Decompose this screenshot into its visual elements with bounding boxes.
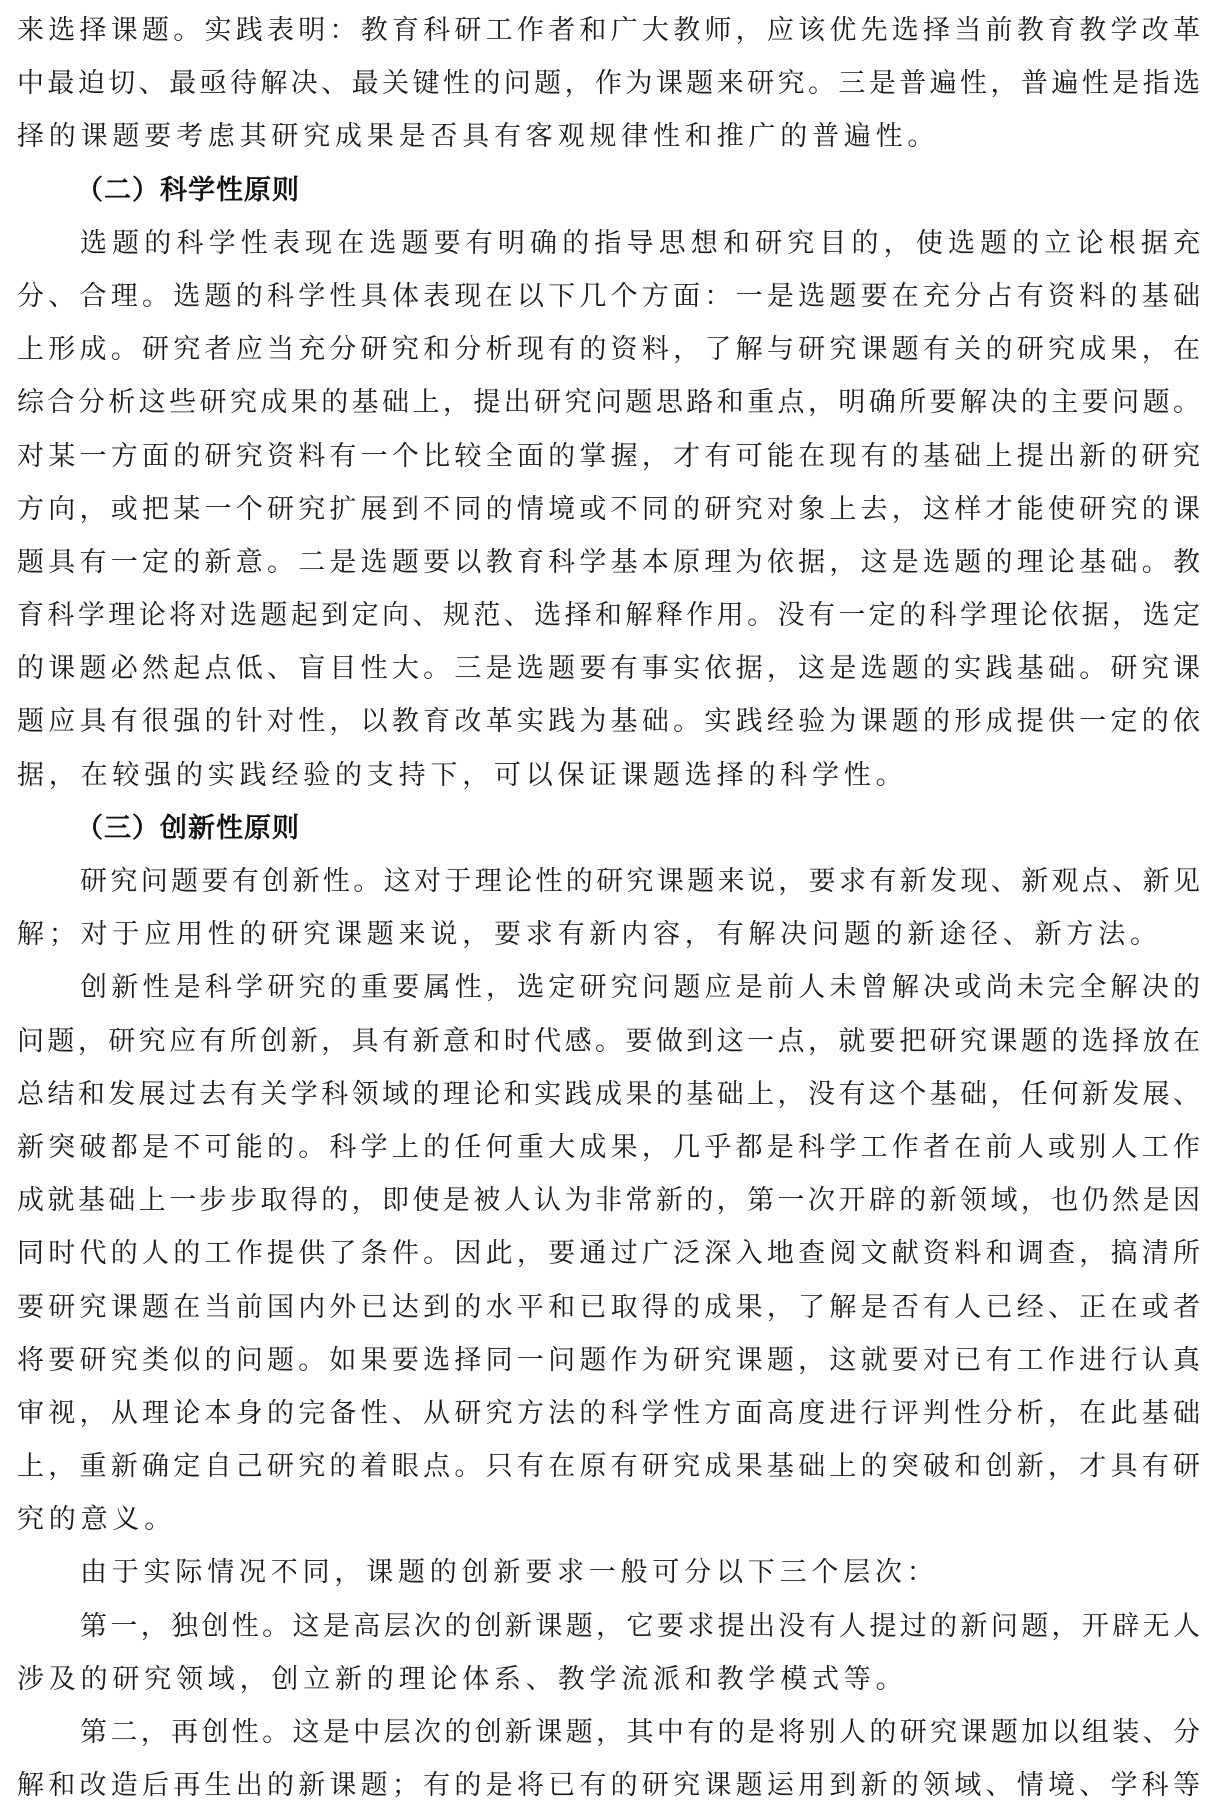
text-line: 上形成。研究者应当充分研究和分析现有的资料，了解与研究课题有关的研究成果，在 xyxy=(17,323,1200,376)
text-line: 题应具有很强的针对性，以教育改革实践为基础。实践经验为课题的形成提供一定的依 xyxy=(17,695,1200,748)
text-line: 由于实际情况不同，课题的创新要求一般可分以下三个层次： xyxy=(80,1546,1200,1599)
text-line: 第二，再创性。这是中层次的创新课题，其中有的是将别人的研究课题加以组装、分 xyxy=(80,1706,1200,1759)
text-line: 总结和发展过去有关学科领域的理论和实践成果的基础上，没有这个基础，任何新发展、 xyxy=(17,1068,1200,1121)
paragraph: 由于实际情况不同，课题的创新要求一般可分以下三个层次： xyxy=(0,1546,1219,1599)
text-line: 研究问题要有创新性。这对于理论性的研究课题来说，要求有新发现、新观点、新见 xyxy=(80,855,1200,908)
paragraph: 第二，再创性。这是中层次的创新课题，其中有的是将别人的研究课题加以组装、分 解和… xyxy=(0,1706,1219,1812)
text-line: 解和改造后再生出的新课题；有的是将已有的研究课题运用到新的领域、情境、学科等 xyxy=(17,1759,1200,1812)
document-page: 来选择课题。实践表明：教育科研工作者和广大教师，应该优先选择当前教育教学改革 中… xyxy=(0,0,1219,1819)
text-line: 新突破都是不可能的。科学上的任何重大成果，几乎都是科学工作者在前人或别人工作 xyxy=(17,1121,1200,1174)
text-line: 上，重新确定自己研究的着眼点。只有在原有研究成果基础上的突破和创新，才具有研 xyxy=(17,1440,1200,1493)
text-line: 中最迫切、最亟待解决、最关键性的问题，作为课题来研究。三是普遍性，普遍性是指选 xyxy=(17,57,1200,110)
section-innovation-principle: （三）创新性原则 研究问题要有创新性。这对于理论性的研究课题来说，要求有新发现、… xyxy=(0,802,1219,1813)
text-line: 分、合理。选题的科学性具体表现在以下几个方面：一是选题要在充分占有资料的基础 xyxy=(17,270,1200,323)
text-line: 究的意义。 xyxy=(17,1493,1200,1546)
text-line: 涉及的研究领域，创立新的理论体系、教学流派和教学模式等。 xyxy=(17,1653,1200,1706)
text-line: 将要研究类似的问题。如果要选择同一问题作为研究课题，这就要对已有工作进行认真 xyxy=(17,1334,1200,1387)
text-line: 的课题必然起点低、盲目性大。三是选题要有事实依据，这是选题的实践基础。研究课 xyxy=(17,642,1200,695)
text-line: 据，在较强的实践经验的支持下，可以保证课题选择的科学性。 xyxy=(17,749,1200,802)
paragraph: 研究问题要有创新性。这对于理论性的研究课题来说，要求有新发现、新观点、新见 解；… xyxy=(0,855,1219,961)
text-line: 问题，研究应有所创新，具有新意和时代感。要做到这一点，就要把研究课题的选择放在 xyxy=(17,1015,1200,1068)
text-line: 成就基础上一步步取得的，即使是被人认为非常新的，第一次开辟的新领域，也仍然是因 xyxy=(17,1174,1200,1227)
text-line: 选题的科学性表现在选题要有明确的指导思想和研究目的，使选题的立论根据充 xyxy=(80,217,1200,270)
text-flow: 来选择课题。实践表明：教育科研工作者和广大教师，应该优先选择当前教育教学改革 中… xyxy=(0,4,1219,1812)
paragraph-continuation: 来选择课题。实践表明：教育科研工作者和广大教师，应该优先选择当前教育教学改革 中… xyxy=(0,4,1219,164)
text-line: 来选择课题。实践表明：教育科研工作者和广大教师，应该优先选择当前教育教学改革 xyxy=(17,4,1200,57)
section-heading: （三）创新性原则 xyxy=(76,802,676,855)
section-scientific-principle: （二）科学性原则 选题的科学性表现在选题要有明确的指导思想和研究目的，使选题的立… xyxy=(0,164,1219,802)
text-line: 同时代的人的工作提供了条件。因此，要通过广泛深入地查阅文献资料和调查，搞清所 xyxy=(17,1227,1200,1280)
paragraph: 创新性是科学研究的重要属性，选定研究问题应是前人未曾解决或尚未完全解决的 问题，… xyxy=(0,961,1219,1546)
text-line: 解；对于应用性的研究课题来说，要求有新内容，有解决问题的新途径、新方法。 xyxy=(17,908,1200,961)
text-line: 对某一方面的研究资料有一个比较全面的掌握，才有可能在现有的基础上提出新的研究 xyxy=(17,430,1200,483)
paragraph: 第一，独创性。这是高层次的创新课题，它要求提出没有人提过的新问题，开辟无人 涉及… xyxy=(0,1600,1219,1706)
section-heading: （二）科学性原则 xyxy=(76,164,676,217)
text-line: 要研究课题在当前国内外已达到的水平和已取得的成果，了解是否有人已经、正在或者 xyxy=(17,1281,1200,1334)
text-line: 择的课题要考虑其研究成果是否具有客观规律性和推广的普遍性。 xyxy=(17,110,1200,163)
text-line: 综合分析这些研究成果的基础上，提出研究问题思路和重点，明确所要解决的主要问题。 xyxy=(17,376,1200,429)
text-line: 审视，从理论本身的完备性、从研究方法的科学性方面高度进行评判性分析，在此基础 xyxy=(17,1387,1200,1440)
text-line: 题具有一定的新意。二是选题要以教育科学基本原理为依据，这是选题的理论基础。教 xyxy=(17,536,1200,589)
text-line: 方向，或把某一个研究扩展到不同的情境或不同的研究对象上去，这样才能使研究的课 xyxy=(17,483,1200,536)
text-line: 育科学理论将对选题起到定向、规范、选择和解释作用。没有一定的科学理论依据，选定 xyxy=(17,589,1200,642)
text-line: 创新性是科学研究的重要属性，选定研究问题应是前人未曾解决或尚未完全解决的 xyxy=(80,961,1200,1014)
text-line: 第一，独创性。这是高层次的创新课题，它要求提出没有人提过的新问题，开辟无人 xyxy=(80,1600,1200,1653)
paragraph: 选题的科学性表现在选题要有明确的指导思想和研究目的，使选题的立论根据充 分、合理… xyxy=(0,217,1219,802)
